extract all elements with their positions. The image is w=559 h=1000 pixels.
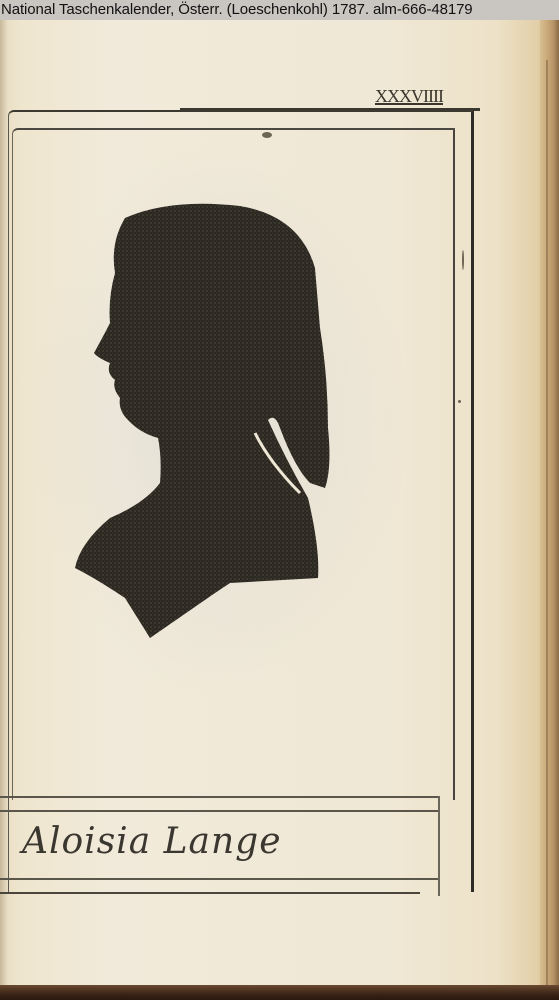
- book-fore-edge: [540, 20, 559, 1000]
- portrait-silhouette: [70, 198, 340, 638]
- caption-rule-right: [438, 796, 440, 896]
- caption-rule-top: [0, 796, 440, 798]
- fore-edge-line: [546, 60, 548, 990]
- paper-speck: [262, 132, 272, 138]
- portrait-caption: Aloisia Lange: [22, 812, 422, 872]
- paper-speck: [458, 400, 461, 403]
- paper-speck: [462, 250, 464, 270]
- caption-rule-bottom: [0, 892, 420, 894]
- page-number: XXXVIIII: [375, 86, 475, 106]
- image-caption-bar: National Taschenkalender, Österr. (Loesc…: [0, 0, 559, 20]
- caption-bar-text: National Taschenkalender, Österr. (Loesc…: [1, 1, 473, 18]
- book-bottom-edge: [0, 985, 559, 1000]
- page-left-edge: [0, 20, 8, 990]
- caption-rule-bottom-inner: [0, 878, 440, 880]
